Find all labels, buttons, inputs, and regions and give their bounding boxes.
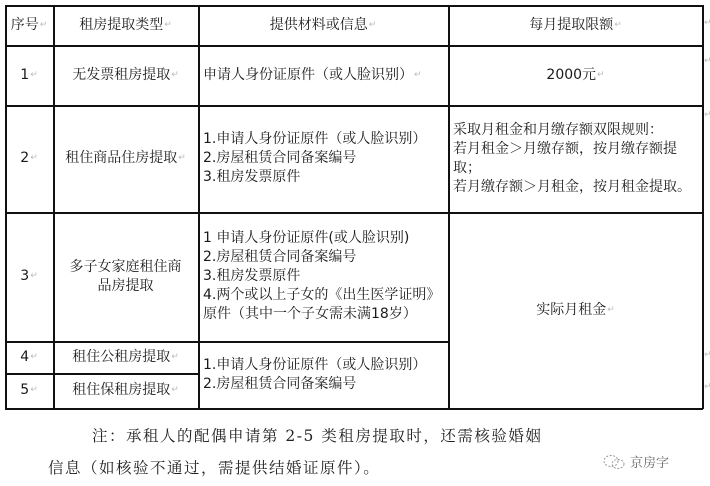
row-3-no: 3↵ — [5, 212, 53, 341]
material-item: 4.两个或以上子女的《出生医学证明》原件（其中一个子女需未满18岁） — [203, 286, 442, 324]
row-3-type: 多子女家庭租住商品房提取 — [53, 212, 198, 341]
header-no: 序号↵ — [5, 5, 53, 45]
limit-rule-line: 采取月租金和月缴存额双限规则： — [453, 121, 663, 140]
row-5-no: 5↵ — [5, 373, 53, 408]
paragraph-mark-icon: ↵ — [30, 149, 38, 168]
paragraph-mark-icon: ↵ — [171, 348, 179, 367]
rows-4-5-materials: 1.申请人身份证原件（或人脸识别） 2.房屋租赁合同备案编号 — [198, 341, 448, 408]
row-3-materials: 1 申请人身份证原件(或人脸识别) 2.房屋租赁合同备案编号 3.租房发票原件 … — [198, 212, 448, 341]
material-item: 2.房屋租赁合同备案编号 — [203, 149, 356, 168]
row-2-no: 2↵ — [5, 105, 53, 212]
row-1-type: 无发票租房提取↵ — [53, 45, 198, 105]
row-1-materials: 申请人身份证原件（或人脸识别）↵ — [198, 45, 448, 105]
paragraph-mark-icon: ↵ — [178, 149, 186, 168]
paragraph-mark-icon: ↵ — [704, 110, 710, 120]
row-1-limit: 2000元↵ — [448, 45, 703, 105]
paragraph-mark-icon: ↵ — [704, 382, 710, 392]
header-type: 租房提取类型↵ — [53, 5, 198, 45]
material-item: 3.租房发票原件 — [203, 267, 300, 286]
material-item: 1.申请人身份证原件（或人脸识别） — [203, 356, 426, 375]
paragraph-mark-icon: ↵ — [171, 381, 179, 400]
paragraph-mark-icon: ↵ — [414, 66, 422, 85]
header-materials: 提供材料或信息↵ — [198, 5, 448, 45]
paragraph-mark-icon: ↵ — [30, 381, 38, 400]
material-item: 2.房屋租赁合同备案编号 — [203, 375, 356, 394]
row-5-type: 租住保租房提取↵ — [53, 373, 198, 408]
row-4-no: 4↵ — [5, 341, 53, 373]
paragraph-mark-icon: ↵ — [369, 16, 377, 35]
row-2-type: 租住商品住房提取↵ — [53, 105, 198, 212]
row-2-materials: 1.申请人身份证原件（或人脸识别） 2.房屋租赁合同备案编号 3.租房发票原件 — [198, 105, 448, 212]
rows-3-5-limit: 实际月租金↵ — [448, 212, 703, 408]
paragraph-mark-icon: ↵ — [30, 66, 38, 85]
paragraph-mark-icon: ↵ — [30, 348, 38, 367]
watermark: 京房字 — [602, 452, 669, 471]
header-limit: 每月提取限额↵ — [448, 5, 703, 45]
row-1-no: 1↵ — [5, 45, 53, 105]
material-item: 1 申请人身份证原件(或人脸识别) — [203, 229, 409, 248]
row-4-type: 租住公租房提取↵ — [53, 341, 198, 373]
material-item: 2.房屋租赁合同备案编号 — [203, 248, 356, 267]
paragraph-mark-icon: ↵ — [607, 301, 615, 320]
table-border-bottom — [5, 408, 703, 410]
paragraph-mark-icon: ↵ — [40, 16, 48, 35]
limit-rule-line: 若月缴存额＞月租金，按月租金提取。 — [453, 178, 691, 197]
paragraph-mark-icon: ↵ — [171, 66, 179, 85]
paragraph-mark-icon: ↵ — [704, 56, 710, 66]
paragraph-mark-icon: ↵ — [614, 16, 622, 35]
paragraph-mark-icon: ↵ — [704, 350, 710, 360]
paragraph-mark-icon: ↵ — [597, 66, 605, 85]
material-item: 1.申请人身份证原件（或人脸识别） — [203, 130, 426, 149]
withdrawal-table: 序号↵ 租房提取类型↵ 提供材料或信息↵ 每月提取限额↵ 1↵ 无发票租房提取↵… — [5, 5, 703, 409]
paragraph-mark-icon: ↵ — [30, 267, 38, 286]
row-2-limit: 采取月租金和月缴存额双限规则： 若月租金＞月缴存额，按月缴存额提取； 若月缴存额… — [448, 105, 703, 212]
note-line-2: 信息（如核验不通过，需提供结婚证原件）。 — [48, 456, 380, 478]
limit-rule-line: 若月租金＞月缴存额，按月缴存额提取； — [453, 140, 697, 178]
paragraph-mark-icon: ↵ — [164, 16, 172, 35]
wechat-icon — [602, 454, 626, 470]
paragraph-mark-icon: ↵ — [704, 18, 710, 28]
material-item: 3.租房发票原件 — [203, 168, 300, 187]
note-line-1: 注：承租人的配偶申请第 2-5 类租房提取时，还需核验婚姻 — [92, 424, 542, 446]
